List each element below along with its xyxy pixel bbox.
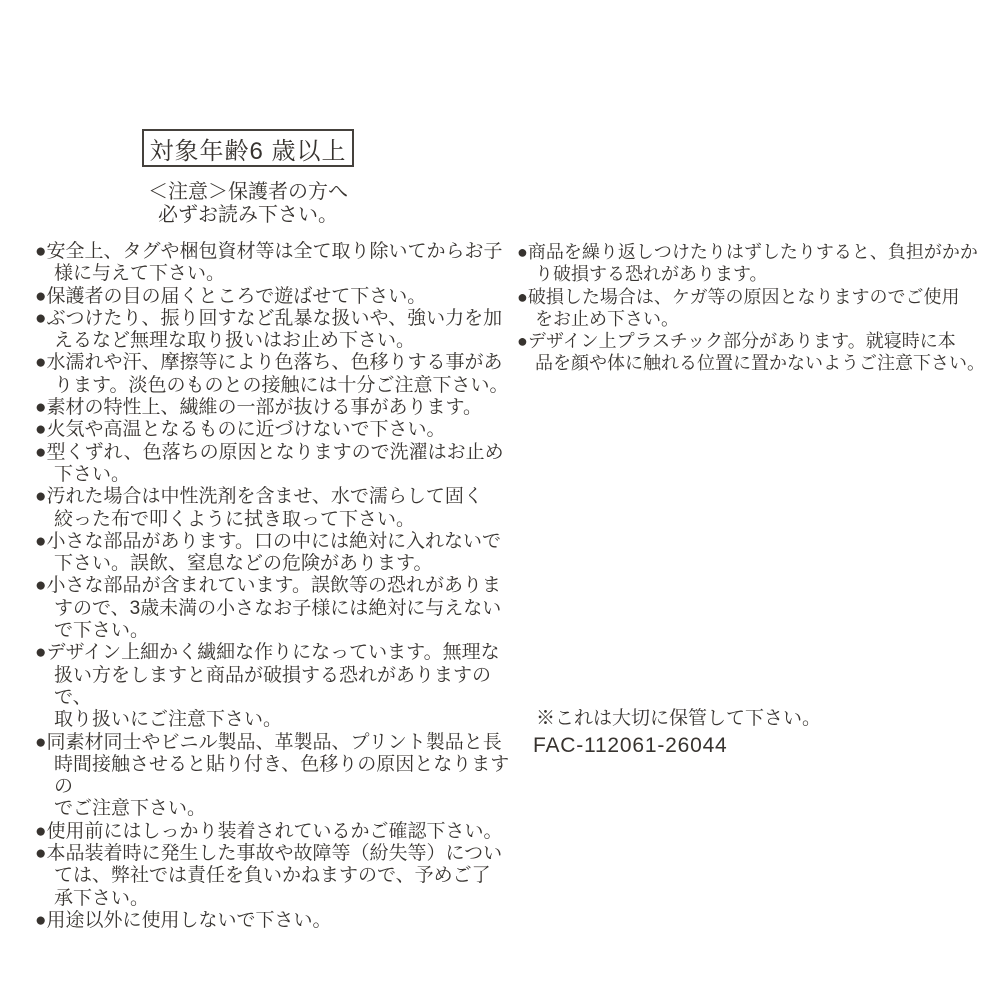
warning-item: ●用途以外に使用しないで下さい。 <box>35 910 517 932</box>
warning-item: ●デザイン上プラスチック部分があります。就寝時に本 品を顔や体に触れる位置に置か… <box>517 330 995 375</box>
notice-heading: ＜注意＞保護者の方へ <box>138 181 358 204</box>
age-restriction-box: 対象年齢6 歳以上 <box>142 129 354 167</box>
notice-subheading: 必ずお読み下さい。 <box>138 204 358 227</box>
storage-note: ※これは大切に保管して下さい。 <box>536 703 821 730</box>
warning-item: ●使用前にはしっかり装着されているかご確認下さい。 <box>35 821 517 843</box>
age-restriction-label: 対象年齢6 歳以上 <box>149 131 346 166</box>
warning-item: ●デザイン上細かく繊細な作りになっています。無理な 扱い方をしますと商品が破損す… <box>35 642 517 731</box>
guardian-notice: ＜注意＞保護者の方へ 必ずお読み下さい。 <box>138 181 358 227</box>
warning-item: ●小さな部品が含まれています。誤飲等の恐れがありま すので、3歳未満の小さなお子… <box>35 575 517 642</box>
warning-item: ●火気や高温となるものに近づけないで下さい。 <box>35 419 517 441</box>
warning-item: ●小さな部品があります。口の中には絶対に入れないで 下さい。誤飲、窒息などの危険… <box>35 531 517 576</box>
warning-item: ●ぶつけたり、振り回すなど乱暴な扱いや、強い力を加 えるなど無理な取り扱いはお止… <box>35 308 517 353</box>
warning-item: ●水濡れや汗、摩擦等により色落ち、色移りする事があ ります。淡色のものとの接触に… <box>35 352 517 397</box>
warnings-column-right: ●商品を繰り返しつけたりはずしたりすると、負担がかか り破損する恐れがあります。… <box>517 241 995 375</box>
care-instructions-sheet: 対象年齢6 歳以上 ＜注意＞保護者の方へ 必ずお読み下さい。 ●安全上、タグや梱… <box>0 0 1000 1000</box>
warning-item: ●保護者の目の届くところで遊ばせて下さい。 <box>35 286 517 308</box>
warning-item: ●素材の特性上、繊維の一部が抜ける事があります。 <box>35 397 517 419</box>
warning-item: ●破損した場合は、ケガ等の原因となりますのでご使用 をお止め下さい。 <box>517 286 995 331</box>
warning-item: ●商品を繰り返しつけたりはずしたりすると、負担がかか り破損する恐れがあります。 <box>517 241 995 286</box>
warning-item: ●型くずれ、色落ちの原因となりますので洗濯はお止め 下さい。 <box>35 442 517 487</box>
warning-item: ●同素材同士やビニル製品、革製品、プリント製品と長 時間接触させると貼り付き、色… <box>35 732 517 821</box>
product-code: FAC-112061-26044 <box>533 734 728 758</box>
warning-item: ●本品装着時に発生した事故や故障等（紛失等）につい ては、弊社では責任を負いかね… <box>35 843 517 910</box>
warning-item: ●汚れた場合は中性洗剤を含ませ、水で濡らして固く 絞った布で叩くように拭き取って… <box>35 486 517 531</box>
warning-item: ●安全上、タグや梱包資材等は全て取り除いてからお子 様に与えて下さい。 <box>35 241 517 286</box>
warnings-column-left: ●安全上、タグや梱包資材等は全て取り除いてからお子 様に与えて下さい。 ●保護者… <box>35 241 517 932</box>
